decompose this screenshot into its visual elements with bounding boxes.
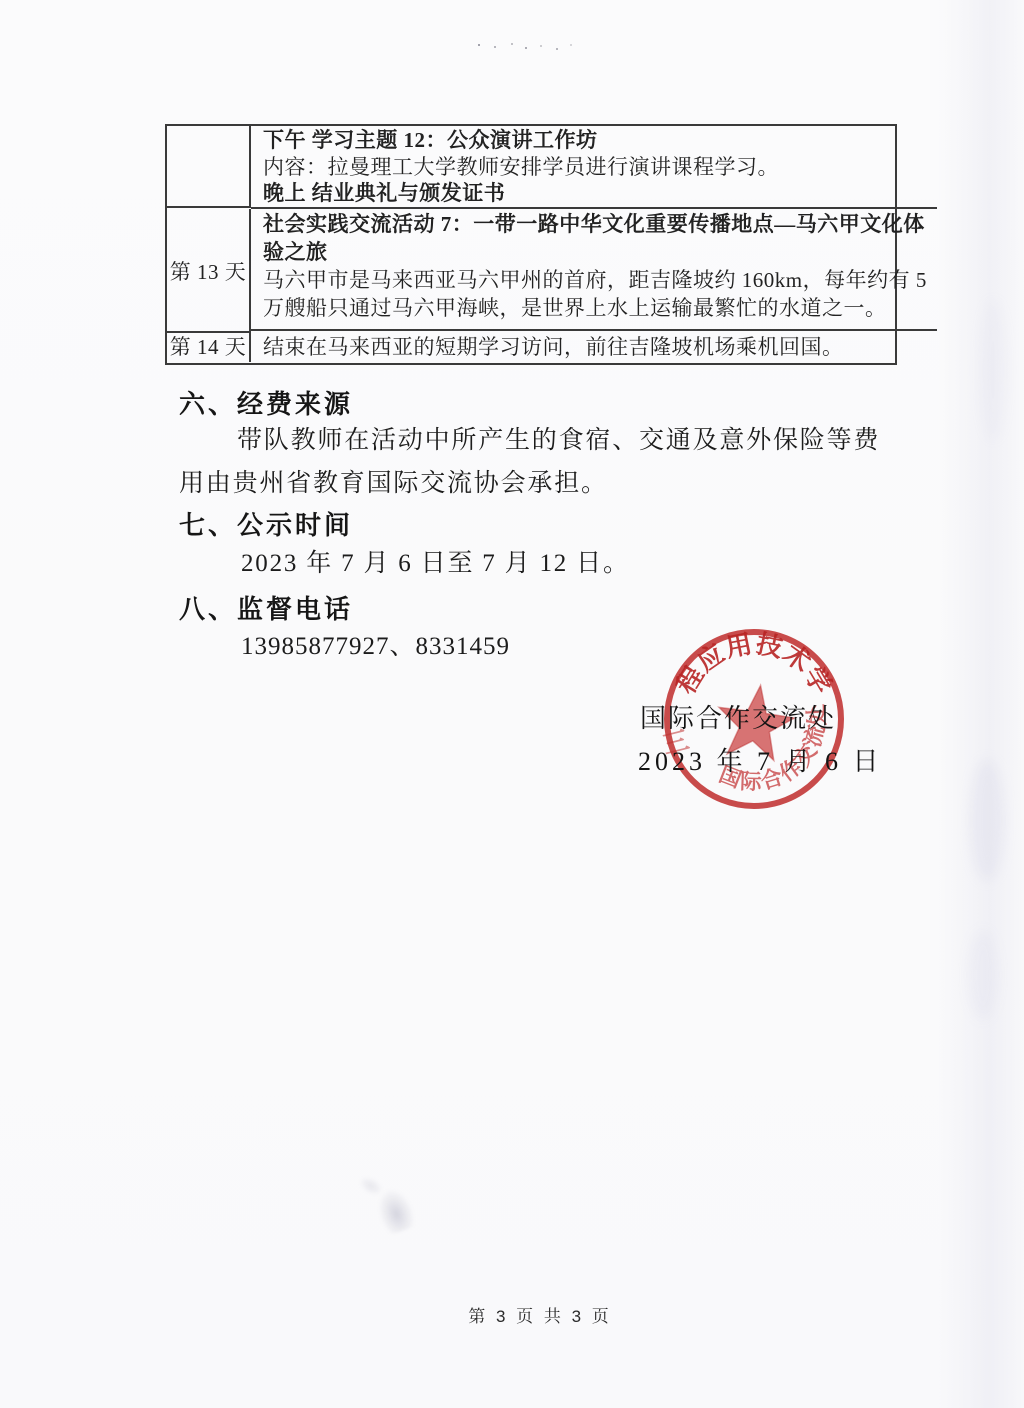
schedule-line: 验之旅 [263,238,927,266]
day-cell-13: 第 13 天 [167,209,251,333]
section-heading-funding: 六、经费来源 [179,384,353,421]
schedule-cell-day14: 结束在马来西亚的短期学习访问，前往吉隆坡机场乘机回国。 [251,333,937,363]
scanned-page: 下午 学习主题 12：公众演讲工作坊 内容：拉曼理工大学教师安排学员进行演讲课程… [0,0,1024,1408]
schedule-line: 万艘船只通过马六甲海峡，是世界上水上运输最繁忙的水道之一。 [263,294,927,322]
day-cell-14: 第 14 天 [167,333,251,362]
signature-date: 2023 年 7 月 6 日 [638,741,883,778]
scan-streak [968,930,998,1020]
schedule-line: 晚上 结业典礼与颁发证书 [263,180,927,207]
schedule-line: 马六甲市是马来西亚马六甲州的首府，距吉隆坡约 160km，每年约有 5 [263,266,927,294]
section-body: 用由贵州省教育国际交流协会承担。 [179,463,608,499]
seal-arc-text: 程应用技术学 [670,629,837,700]
schedule-cell-day12-evening: 下午 学习主题 12：公众演讲工作坊 内容：拉曼理工大学教师安排学员进行演讲课程… [251,126,937,209]
section-body: 带队教师在活动中所产生的食宿、交通及意外保险等费 [237,420,880,456]
schedule-line: 社会实践交流活动 7：一带一路中华文化重要传播地点—马六甲文化体 [263,210,927,238]
section-body: 2023 年 7 月 6 日至 7 月 12 日。 [241,543,630,579]
section-heading-publicity-period: 七、公示时间 [179,505,353,542]
schedule-line: 结束在马来西亚的短期学习访问，前往吉隆坡机场乘机回国。 [263,334,927,361]
schedule-line: 下午 学习主题 12：公众演讲工作坊 [263,127,927,154]
scan-streak [980,300,1006,440]
page-footer: 第 3 页 共 3 页 [0,1302,1024,1327]
signature-org: 国际合作交流处 [640,698,836,735]
schedule-table: 下午 学习主题 12：公众演讲工作坊 内容：拉曼理工大学教师安排学员进行演讲课程… [165,124,897,365]
section-heading-supervision-phone: 八、监督电话 [179,589,353,626]
scan-streak [970,760,1004,880]
schedule-line: 内容：拉曼理工大学教师安排学员进行演讲课程学习。 [263,154,927,181]
scan-edge-shadow [938,0,1024,1408]
phone-numbers: 13985877927、8331459 [241,626,510,662]
schedule-cell-day13: 社会实践交流活动 7：一带一路中华文化重要传播地点—马六甲文化体 验之旅 马六甲… [251,209,937,331]
svg-text:程应用技术学: 程应用技术学 [670,629,837,700]
day-cell-empty [167,126,251,208]
scan-noise-specks [478,44,480,46]
